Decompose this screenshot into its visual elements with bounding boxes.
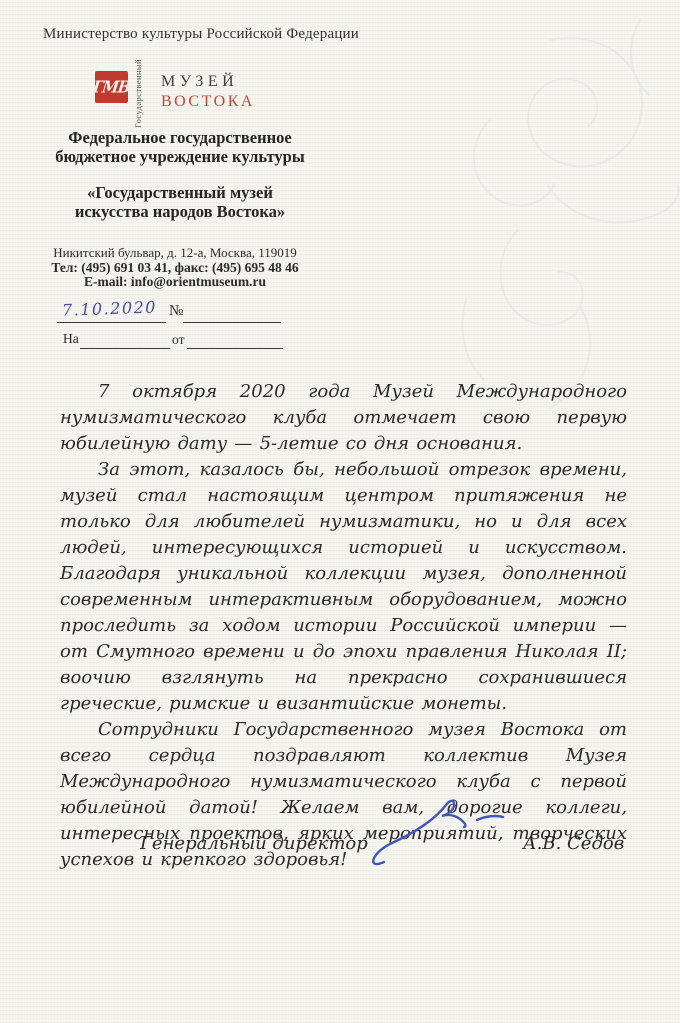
paragraph-museum-achievements: За этот, казалось бы, небольшой отрезок … [60, 457, 627, 717]
organization-name: «Государственный музей искусства народов… [30, 183, 330, 221]
letter-body: 7 октября 2020 года Музей Международного… [60, 379, 627, 873]
signatory-role: Генеральный директор [140, 833, 368, 854]
logo-vertical-label: Государственный [133, 50, 143, 138]
watermark-ornament [430, 0, 680, 420]
signature-ink [350, 790, 520, 870]
logo-title-muzey: МУЗЕЙ [161, 73, 238, 91]
ministry-line: Министерство культуры Российской Федерац… [43, 26, 359, 43]
ot-label: от [172, 332, 184, 348]
phone-fax-line: Тел: (495) 691 03 41, факс: (495) 695 48… [20, 261, 330, 276]
na-underline [80, 348, 170, 349]
organization-type: Федеральное государственное бюджетное уч… [30, 128, 330, 166]
contacts-block: Никитский бульвар, д. 12-а, Москва, 1190… [20, 246, 330, 290]
address-line: Никитский бульвар, д. 12-а, Москва, 1190… [20, 246, 330, 261]
number-sign: № [169, 303, 183, 320]
logo-title-vostoka: ВОСТОКА [161, 93, 255, 111]
museum-logo: ГМВ [95, 71, 128, 103]
organization-type-line2: бюджетное учреждение культуры [30, 147, 330, 166]
signature-stroke-main [373, 801, 465, 864]
letter-page: Министерство культуры Российской Федерац… [0, 0, 680, 1023]
paragraph-anniversary: 7 октября 2020 года Музей Международного… [60, 379, 627, 457]
date-underline [57, 322, 166, 323]
na-label: На [63, 331, 79, 347]
logo-monogram: ГМВ [92, 77, 131, 97]
organization-name-line2: искусства народов Востока» [30, 202, 330, 221]
organization-type-line1: Федеральное государственное [30, 128, 330, 147]
organization-name-line1: «Государственный музей [30, 183, 330, 202]
email-line: E-mail: info@orientmuseum.ru [20, 275, 330, 290]
ot-underline [187, 348, 283, 349]
number-underline [183, 322, 281, 323]
handwritten-date: 7.10.2020 [62, 297, 163, 319]
signatory-name: А.В. Седов [523, 833, 624, 854]
signature-stroke-dash [477, 816, 503, 820]
